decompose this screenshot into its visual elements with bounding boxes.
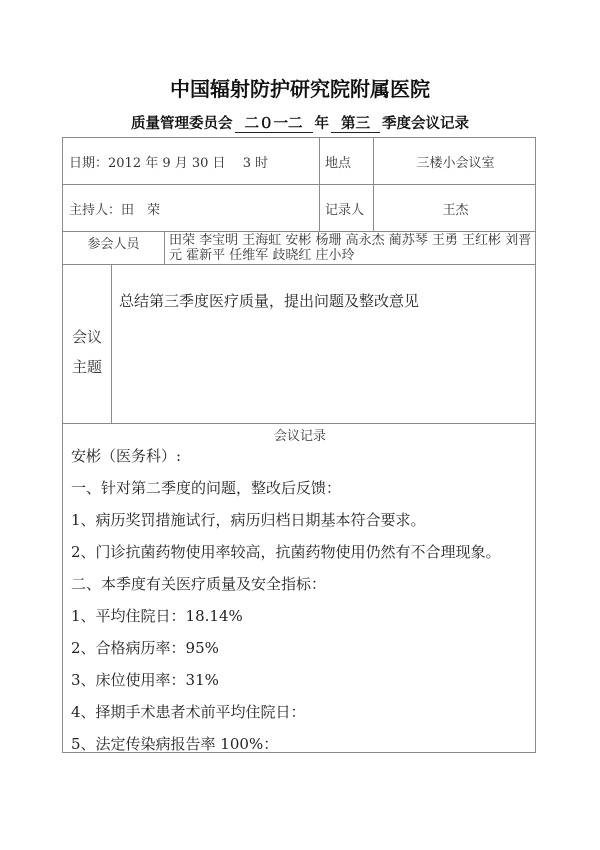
topic-label: 会议 主题 [63, 322, 111, 382]
minutes-line: 一、针对第二季度的问题，整改后反馈： [71, 477, 341, 498]
document-subtitle: 质量管理委员会二０一二年第三季度会议记录 [0, 112, 600, 133]
subtitle-suffix: 季度会议记录 [382, 116, 469, 132]
hospital-title: 中国辐射防护研究院附属医院 [0, 73, 600, 102]
year-suffix: 年 [315, 116, 330, 132]
attendees-label: 参会人员 [63, 233, 164, 252]
minutes-line: 1、平均住院日：18.14% [71, 605, 243, 626]
minutes-line: 安彬（医务科）: [71, 445, 181, 466]
location-value: 三楼小会议室 [374, 152, 537, 171]
minutes-heading: 会议记录 [63, 425, 537, 444]
topic-content: 总结第三季度医疗质量，提出问题及整改意见 [119, 290, 419, 311]
minutes-line: 2、门诊抗菌药物使用率较高，抗菌药物使用仍然有不合理现象。 [71, 541, 501, 562]
host-cell: 主持人：田 荣 [69, 199, 160, 218]
column-divider [111, 264, 112, 423]
subtitle-prefix: 质量管理委员会 [131, 116, 233, 132]
location-label: 地点 [325, 152, 351, 171]
attendees-line: 田荣 李宝明 王海虹 安彬 杨珊 高永杰 蔺苏琴 王勇 王红彬 刘晋 [169, 233, 531, 248]
date-cell: 日期：2012 年 9 月 30 日 3 时 [69, 152, 268, 171]
minutes-line: 5、法定传染病报告率 100%： [71, 733, 278, 754]
minutes-line: 2、合格病历率：95% [71, 637, 219, 658]
quarter-field: 第三 [331, 116, 380, 133]
column-divider [319, 138, 320, 231]
recorder-value: 王杰 [374, 199, 537, 218]
topic-label-line: 主题 [63, 352, 111, 382]
recorder-label: 记录人 [325, 199, 364, 218]
year-field: 二０一二 [235, 116, 313, 133]
meeting-record-table: 日期：2012 年 9 月 30 日 3 时 地点 三楼小会议室 主持人：田 荣… [62, 137, 536, 753]
topic-label-line: 会议 [63, 322, 111, 352]
minutes-line: 二、本季度有关医疗质量及安全指标： [71, 573, 326, 594]
attendees-list: 田荣 李宝明 王海虹 安彬 杨珊 高永杰 蔺苏琴 王勇 王红彬 刘晋 元 霍新平… [169, 233, 531, 263]
minutes-line: 4、择期手术患者术前平均住院日： [71, 701, 306, 722]
row-divider [63, 423, 535, 424]
minutes-line: 3、床位使用率：31% [71, 669, 219, 690]
row-divider [63, 264, 535, 265]
minutes-line: 1、病历奖罚措施试行，病历归档日期基本符合要求。 [71, 509, 426, 530]
row-divider [63, 184, 535, 185]
attendees-line: 元 霍新平 任维军 歧晓红 庄小玲 [169, 248, 531, 263]
column-divider [164, 231, 165, 264]
row-divider [63, 231, 535, 232]
